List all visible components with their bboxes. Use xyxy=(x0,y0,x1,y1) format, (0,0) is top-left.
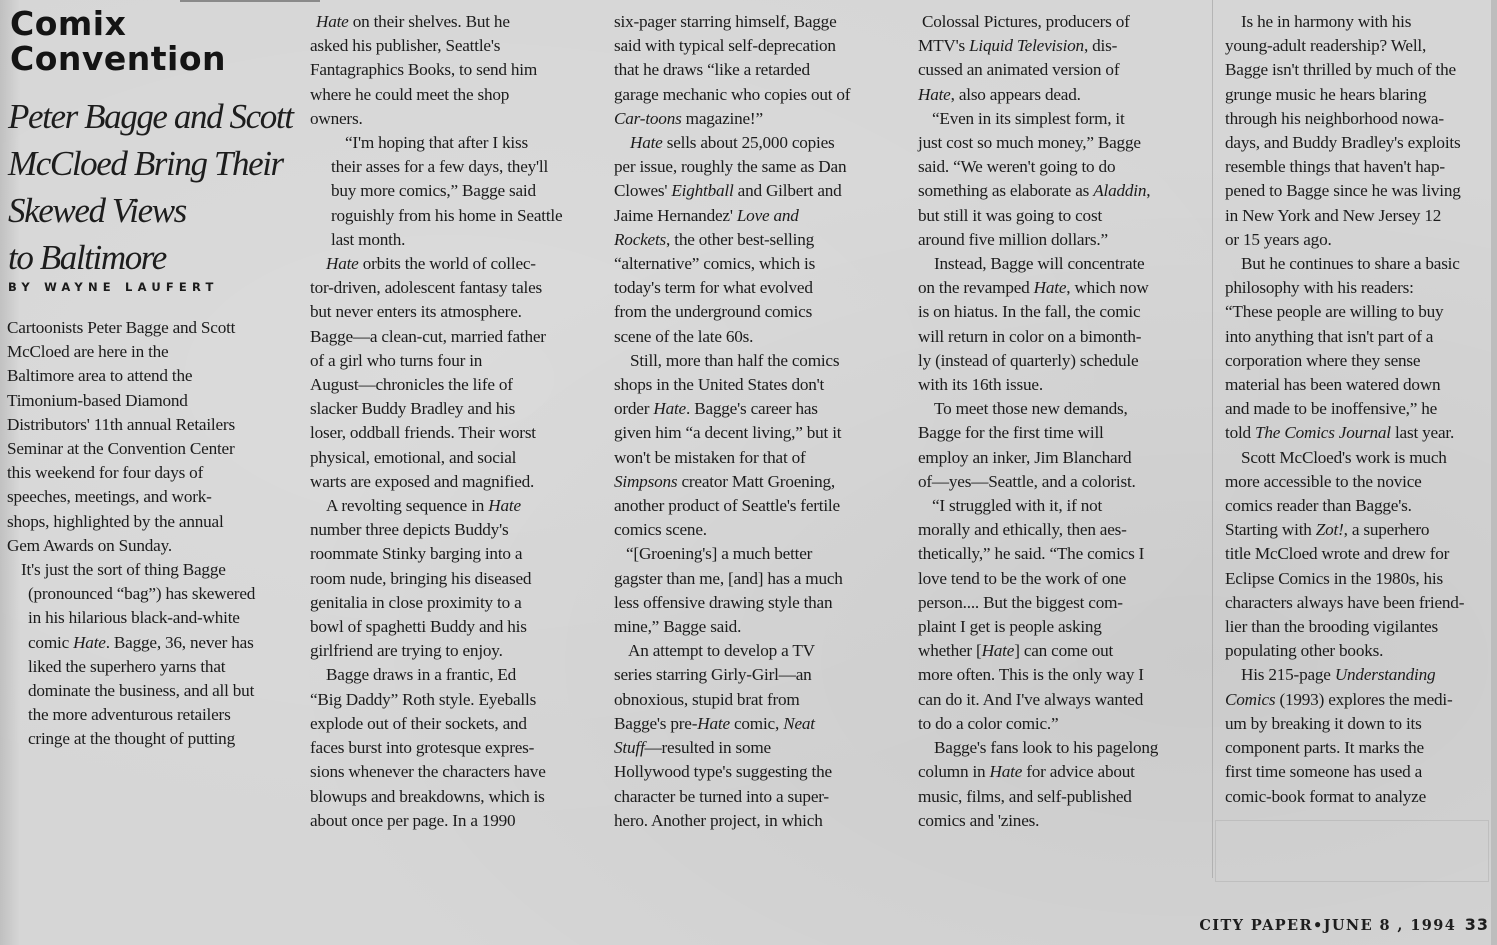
text-line: of a girl who turns four in xyxy=(310,349,590,373)
text-line: “Even in its simplest form, it xyxy=(918,107,1203,131)
text: Bagge's pre- xyxy=(614,714,697,733)
text: and Gilbert and xyxy=(734,181,842,200)
text-line: Simpsons creator Matt Groening, xyxy=(614,470,899,494)
text-line: comic-book format to analyze xyxy=(1225,785,1495,809)
text-line: where he could meet the shop xyxy=(310,83,590,107)
text-line: (pronounced “bag”) has skewered xyxy=(7,582,282,606)
text-line: faces burst into grotesque expres- xyxy=(310,736,590,760)
headline-line: Comix xyxy=(10,6,226,41)
text-line: days, and Buddy Bradley's exploits xyxy=(1225,131,1495,155)
text: creator Matt Groening, xyxy=(677,472,835,491)
italic-title: Hate xyxy=(316,12,349,31)
text-line: tor-driven, adolescent fantasy tales xyxy=(310,276,590,300)
text-line: whether [Hate] can come out xyxy=(918,639,1203,663)
headline: Comix Convention xyxy=(10,6,226,76)
text-line: sions whenever the characters have xyxy=(310,760,590,784)
paragraph: Bagge's fans look to his pagelong column… xyxy=(918,736,1203,833)
text-line: McCloed are here in the xyxy=(7,340,282,364)
paragraph: A revolting sequence in Hate number thre… xyxy=(310,494,590,663)
paragraph: An attempt to develop a TV series starri… xyxy=(614,639,899,833)
text-line: first time someone has used a xyxy=(1225,760,1495,784)
text-line: Hate sells about 25,000 copies xyxy=(614,131,899,155)
italic-title: Hate xyxy=(982,641,1015,660)
text-line: Still, more than half the comics xyxy=(614,349,899,373)
text-line: An attempt to develop a TV xyxy=(614,639,899,663)
subheadline: Peter Bagge and Scott McCloed Bring Thei… xyxy=(8,93,293,281)
italic-title: Hate xyxy=(630,133,663,152)
text-line: column in Hate for advice about xyxy=(918,760,1203,784)
text-line: and made to be inoffensive,” he xyxy=(1225,397,1495,421)
italic-title: Car-toons xyxy=(614,109,682,128)
text-line: To meet those new demands, xyxy=(918,397,1203,421)
text-line: characters always have been friend- xyxy=(1225,591,1495,615)
text: A revolting sequence in xyxy=(326,496,488,515)
italic-title: Hate xyxy=(990,762,1023,781)
text-line: “I struggled with it, if not xyxy=(918,494,1203,518)
subheadline-line: McCloed Bring Their xyxy=(8,140,293,187)
text-line: MTV's Liquid Television, dis- xyxy=(918,34,1203,58)
text-line: warts are exposed and magnified. xyxy=(310,470,590,494)
italic-title: Stuff xyxy=(614,738,645,757)
text-line: shops in the United States don't xyxy=(614,373,899,397)
italic-title: Hate xyxy=(326,254,359,273)
text-line: Hate on their shelves. But he xyxy=(310,10,590,34)
text-line: or 15 years ago. xyxy=(1225,228,1495,252)
text-line: hero. Another project, in which xyxy=(614,809,899,833)
text-line: “[Groening's] a much better xyxy=(614,542,899,566)
text-line: Distributors' 11th annual Retailers xyxy=(7,413,282,437)
text-line: Bagge's fans look to his pagelong xyxy=(918,736,1203,760)
text-line: title McCloed wrote and drew for xyxy=(1225,542,1495,566)
text-line: won't be mistaken for that of xyxy=(614,446,899,470)
text-line: Scott McCloed's work is much xyxy=(1225,446,1495,470)
text-line: music, films, and self-published xyxy=(918,785,1203,809)
paragraph: To meet those new demands, Bagge for the… xyxy=(918,397,1203,494)
text-line: girlfriend are trying to enjoy. xyxy=(310,639,590,663)
text-line: “Big Daddy” Roth style. Eyeballs xyxy=(310,688,590,712)
text-line: genitalia in close proximity to a xyxy=(310,591,590,615)
text-line: roguishly from his home in Seattle xyxy=(310,204,590,228)
column-divider xyxy=(1212,0,1213,878)
text: Jaime Hernandez' xyxy=(614,206,737,225)
paragraph: “[Groening's] a much better gagster than… xyxy=(614,542,899,639)
subheadline-line: Skewed Views xyxy=(8,187,293,234)
text-line: philosophy with his readers: xyxy=(1225,276,1495,300)
text-line: Bagge—a clean-cut, married father xyxy=(310,325,590,349)
text-line: roommate Stinky barging into a xyxy=(310,542,590,566)
text: last year. xyxy=(1391,423,1454,442)
text-line: buy more comics,” Bagge said xyxy=(310,179,590,203)
newspaper-page: Comix Convention Peter Bagge and Scott M… xyxy=(0,0,1497,945)
text-line: number three depicts Buddy's xyxy=(310,518,590,542)
text-line: Cartoonists Peter Bagge and Scott xyxy=(7,316,282,340)
text: , xyxy=(1146,181,1150,200)
text-line: comics scene. xyxy=(614,518,899,542)
text-line: told The Comics Journal last year. xyxy=(1225,421,1495,445)
text-line: explode out of their sockets, and xyxy=(310,712,590,736)
text-line: cringe at the thought of putting xyxy=(7,727,282,751)
byline: BY WAYNE LAUFERT xyxy=(8,280,219,294)
text-line: Baltimore area to attend the xyxy=(7,364,282,388)
text-line: in his hilarious black-and-white xyxy=(7,606,282,630)
italic-title: Hate xyxy=(488,496,521,515)
text: Starting with xyxy=(1225,520,1316,539)
text-line: around five million dollars.” xyxy=(918,228,1203,252)
text: . Bagge's career has xyxy=(686,399,818,418)
italic-title: Comics xyxy=(1225,690,1275,709)
text-line: But he continues to share a basic xyxy=(1225,252,1495,276)
text-line: shops, highlighted by the annual xyxy=(7,510,282,534)
italic-title: Zot! xyxy=(1316,520,1344,539)
text-line: bowl of spaghetti Buddy and his xyxy=(310,615,590,639)
article-column-3: six-pager starring himself, Bagge said w… xyxy=(614,10,899,833)
text-line: more accessible to the novice xyxy=(1225,470,1495,494)
publication-dateline: CITY PAPER•JUNE 8 , 1994 xyxy=(1199,917,1456,934)
text: , the other best-selling xyxy=(666,230,814,249)
text-line: “These people are willing to buy xyxy=(1225,300,1495,324)
text-line: young-adult readership? Well, xyxy=(1225,34,1495,58)
text-line: given him “a decent living,” but it xyxy=(614,421,899,445)
text-line: into anything that isn't part of a xyxy=(1225,325,1495,349)
text-line: six-pager starring himself, Bagge xyxy=(614,10,899,34)
text-line: resemble things that haven't hap- xyxy=(1225,155,1495,179)
text-line: can do it. And I've always wanted xyxy=(918,688,1203,712)
text-line: comic Hate. Bagge, 36, never has xyxy=(7,631,282,655)
paragraph: Hate on their shelves. But he asked his … xyxy=(310,10,590,131)
text: ] can come out xyxy=(1014,641,1113,660)
text-line: with its 16th issue. xyxy=(918,373,1203,397)
bleed-through-box xyxy=(1215,820,1489,882)
text-line: of—yes—Seattle, and a colorist. xyxy=(918,470,1203,494)
paragraph: Still, more than half the comics shops i… xyxy=(614,349,899,543)
text-line: Colossal Pictures, producers of xyxy=(918,10,1203,34)
paragraph: six-pager starring himself, Bagge said w… xyxy=(614,10,899,131)
text-line: Starting with Zot!, a superhero xyxy=(1225,518,1495,542)
text-line: character be turned into a super- xyxy=(614,785,899,809)
text: sells about 25,000 copies xyxy=(663,133,835,152)
text-line: liked the superhero yarns that xyxy=(7,655,282,679)
paragraph: But he continues to share a basic philos… xyxy=(1225,252,1495,446)
text-line: pened to Bagge since he was living xyxy=(1225,179,1495,203)
italic-title: Eightball xyxy=(671,181,733,200)
top-rule xyxy=(180,0,320,2)
text-line: asked his publisher, Seattle's xyxy=(310,34,590,58)
italic-title: Aladdin xyxy=(1093,181,1146,200)
text: His 215-page xyxy=(1241,665,1335,684)
text-line: cussed an animated version of xyxy=(918,58,1203,82)
text-line: employ an inker, Jim Blanchard xyxy=(918,446,1203,470)
text-line: Eclipse Comics in the 1980s, his xyxy=(1225,567,1495,591)
italic-title: Rockets xyxy=(614,230,666,249)
italic-title: Hate xyxy=(1034,278,1067,297)
text-line: last month. xyxy=(310,228,590,252)
text-line: about once per page. In a 1990 xyxy=(310,809,590,833)
text-line: comics and 'zines. xyxy=(918,809,1203,833)
text: . Bagge, 36, never has xyxy=(106,633,254,652)
text-line: lier than the brooding vigilantes xyxy=(1225,615,1495,639)
text-line: populating other books. xyxy=(1225,639,1495,663)
text: , also appears dead. xyxy=(951,85,1081,104)
text-line: A revolting sequence in Hate xyxy=(310,494,590,518)
text-line: gagster than me, [and] has a much xyxy=(614,567,899,591)
text-line: Bagge isn't thrilled by much of the xyxy=(1225,58,1495,82)
text-line: Timonium-based Diamond xyxy=(7,389,282,413)
text-line: um by breaking it down to its xyxy=(1225,712,1495,736)
text-line: grunge music he hears blaring xyxy=(1225,83,1495,107)
text-line: Hollywood type's suggesting the xyxy=(614,760,899,784)
text-line: Bagge's pre-Hate comic, Neat xyxy=(614,712,899,736)
text-line: scene of the late 60s. xyxy=(614,325,899,349)
paragraph: Hate sells about 25,000 copies per issue… xyxy=(614,131,899,349)
text-line: comics reader than Bagge's. xyxy=(1225,494,1495,518)
text-line: His 215-page Understanding xyxy=(1225,663,1495,687)
text-line: is on hiatus. In the fall, the comic xyxy=(918,300,1203,324)
text-line: will return in color on a bimonth- xyxy=(918,325,1203,349)
italic-title: Liquid Television xyxy=(969,36,1084,55)
paragraph: “I struggled with it, if not morally and… xyxy=(918,494,1203,736)
text-line: obnoxious, stupid brat from xyxy=(614,688,899,712)
text-line: person.... But the biggest com- xyxy=(918,591,1203,615)
text: magazine!” xyxy=(682,109,763,128)
text-line: but still it was going to cost xyxy=(918,204,1203,228)
text-line: Bagge for the first time will xyxy=(918,421,1203,445)
text-line: Gem Awards on Sunday. xyxy=(7,534,282,558)
article-column-4: Colossal Pictures, producers of MTV's Li… xyxy=(918,10,1203,833)
text-line: mine,” Bagge said. xyxy=(614,615,899,639)
text: whether [ xyxy=(918,641,982,660)
text: , a superhero xyxy=(1344,520,1430,539)
text-line: loser, oddball friends. Their worst xyxy=(310,421,590,445)
article-column-2: Hate on their shelves. But he asked his … xyxy=(310,10,590,833)
text-line: component parts. It marks the xyxy=(1225,736,1495,760)
text-line: Fantagraphics Books, to send him xyxy=(310,58,590,82)
text-line: corporation where they sense xyxy=(1225,349,1495,373)
italic-title: Hate xyxy=(918,85,951,104)
text-line: series starring Girly-Girl—an xyxy=(614,663,899,687)
text-line: owners. xyxy=(310,107,590,131)
text-line: thetically,” he said. “The comics I xyxy=(918,542,1203,566)
page-number: 33 xyxy=(1465,915,1489,934)
italic-title: Simpsons xyxy=(614,472,677,491)
text-line: this weekend for four days of xyxy=(7,461,282,485)
text-line: the more adventurous retailers xyxy=(7,703,282,727)
text: column in xyxy=(918,762,990,781)
text: MTV's xyxy=(918,36,969,55)
text-line: on the revamped Hate, which now xyxy=(918,276,1203,300)
text-line: more often. This is the only way I xyxy=(918,663,1203,687)
text-line: August—chronicles the life of xyxy=(310,373,590,397)
text-line: Is he in harmony with his xyxy=(1225,10,1495,34)
subheadline-line: to Baltimore xyxy=(8,234,293,281)
text: for advice about xyxy=(1022,762,1135,781)
text-line: dominate the business, and all but xyxy=(7,679,282,703)
text-line: ly (instead of quarterly) schedule xyxy=(918,349,1203,373)
text-line: Instead, Bagge will concentrate xyxy=(918,252,1203,276)
text-line: just cost so much money,” Bagge xyxy=(918,131,1203,155)
text-line: love tend to be the work of one xyxy=(918,567,1203,591)
text: —resulted in some xyxy=(645,738,771,757)
article-column-5: Is he in harmony with his young-adult re… xyxy=(1225,10,1495,809)
text: , which now xyxy=(1066,278,1148,297)
text-line: said with typical self-deprecation xyxy=(614,34,899,58)
paragraph: Cartoonists Peter Bagge and Scott McCloe… xyxy=(7,316,282,558)
paragraph: Bagge draws in a frantic, Ed “Big Daddy”… xyxy=(310,663,590,832)
text-line: material has been watered down xyxy=(1225,373,1495,397)
text: comic xyxy=(28,633,73,652)
text: something as elaborate as xyxy=(918,181,1093,200)
article-column-1: Cartoonists Peter Bagge and Scott McCloe… xyxy=(7,316,282,752)
italic-title: The Comics Journal xyxy=(1255,423,1391,442)
text: (1993) explores the medi- xyxy=(1275,690,1452,709)
text-line: Bagge draws in a frantic, Ed xyxy=(310,663,590,687)
italic-title: Neat xyxy=(783,714,815,733)
text-line: physical, emotional, and social xyxy=(310,446,590,470)
text: on their shelves. But he xyxy=(349,12,510,31)
text-line: through his neighborhood nowa- xyxy=(1225,107,1495,131)
text-line: blowups and breakdowns, which is xyxy=(310,785,590,809)
page-footer: CITY PAPER•JUNE 8 , 1994 33 xyxy=(1199,915,1489,934)
text-line: “alternative” comics, which is xyxy=(614,252,899,276)
text: orbits the world of collec- xyxy=(359,254,536,273)
text-line: Stuff—resulted in some xyxy=(614,736,899,760)
text: order xyxy=(614,399,653,418)
subheadline-line: Peter Bagge and Scott xyxy=(8,93,293,140)
text-line: Hate, also appears dead. xyxy=(918,83,1203,107)
italic-title: Understanding xyxy=(1335,665,1436,684)
text-line: Car-toons magazine!” xyxy=(614,107,899,131)
text: Clowes' xyxy=(614,181,671,200)
text-line: less offensive drawing style than xyxy=(614,591,899,615)
text-line: Hate orbits the world of collec- xyxy=(310,252,590,276)
text-line: garage mechanic who copies out of xyxy=(614,83,899,107)
text-line: “I'm hoping that after I kiss xyxy=(310,131,590,155)
paragraph: It's just the sort of thing Bagge (prono… xyxy=(7,558,282,752)
text-line: per issue, roughly the same as Dan xyxy=(614,155,899,179)
paragraph: Is he in harmony with his young-adult re… xyxy=(1225,10,1495,252)
text-line: something as elaborate as Aladdin, xyxy=(918,179,1203,203)
text-line: room nude, bringing his diseased xyxy=(310,567,590,591)
paragraph: Scott McCloed's work is much more access… xyxy=(1225,446,1495,664)
text-line: speeches, meetings, and work- xyxy=(7,485,282,509)
italic-title: Hate xyxy=(73,633,106,652)
text-line: Seminar at the Convention Center xyxy=(7,437,282,461)
text-line: order Hate. Bagge's career has xyxy=(614,397,899,421)
text: , dis- xyxy=(1084,36,1117,55)
text-line: today's term for what evolved xyxy=(614,276,899,300)
text-line: slacker Buddy Bradley and his xyxy=(310,397,590,421)
text-line: Rockets, the other best-selling xyxy=(614,228,899,252)
text-line: It's just the sort of thing Bagge xyxy=(7,558,282,582)
paragraph: “Even in its simplest form, it just cost… xyxy=(918,107,1203,252)
text-line: that he draws “like a retarded xyxy=(614,58,899,82)
text-line: plaint I get is people asking xyxy=(918,615,1203,639)
text-line: Jaime Hernandez' Love and xyxy=(614,204,899,228)
text-line: Comics (1993) explores the medi- xyxy=(1225,688,1495,712)
paragraph: His 215-page Understanding Comics (1993)… xyxy=(1225,663,1495,808)
text-line: from the underground comics xyxy=(614,300,899,324)
paragraph: Colossal Pictures, producers of MTV's Li… xyxy=(918,10,1203,107)
text-line: but never enters its atmosphere. xyxy=(310,300,590,324)
text-line: Clowes' Eightball and Gilbert and xyxy=(614,179,899,203)
text: told xyxy=(1225,423,1255,442)
paragraph: “I'm hoping that after I kiss their asse… xyxy=(310,131,590,252)
text: on the revamped xyxy=(918,278,1034,297)
italic-title: Hate xyxy=(697,714,730,733)
paragraph: Hate orbits the world of collec- tor-dri… xyxy=(310,252,590,494)
text-line: their asses for a few days, they'll xyxy=(310,155,590,179)
paragraph: Instead, Bagge will concentrate on the r… xyxy=(918,252,1203,397)
text-line: to do a color comic.” xyxy=(918,712,1203,736)
text-line: in New York and New Jersey 12 xyxy=(1225,204,1495,228)
headline-line: Convention xyxy=(10,41,226,76)
italic-title: Love and xyxy=(737,206,799,225)
text-line: another product of Seattle's fertile xyxy=(614,494,899,518)
text: comic, xyxy=(730,714,783,733)
text-line: morally and ethically, then aes- xyxy=(918,518,1203,542)
italic-title: Hate xyxy=(653,399,686,418)
text-line: said. “We weren't going to do xyxy=(918,155,1203,179)
